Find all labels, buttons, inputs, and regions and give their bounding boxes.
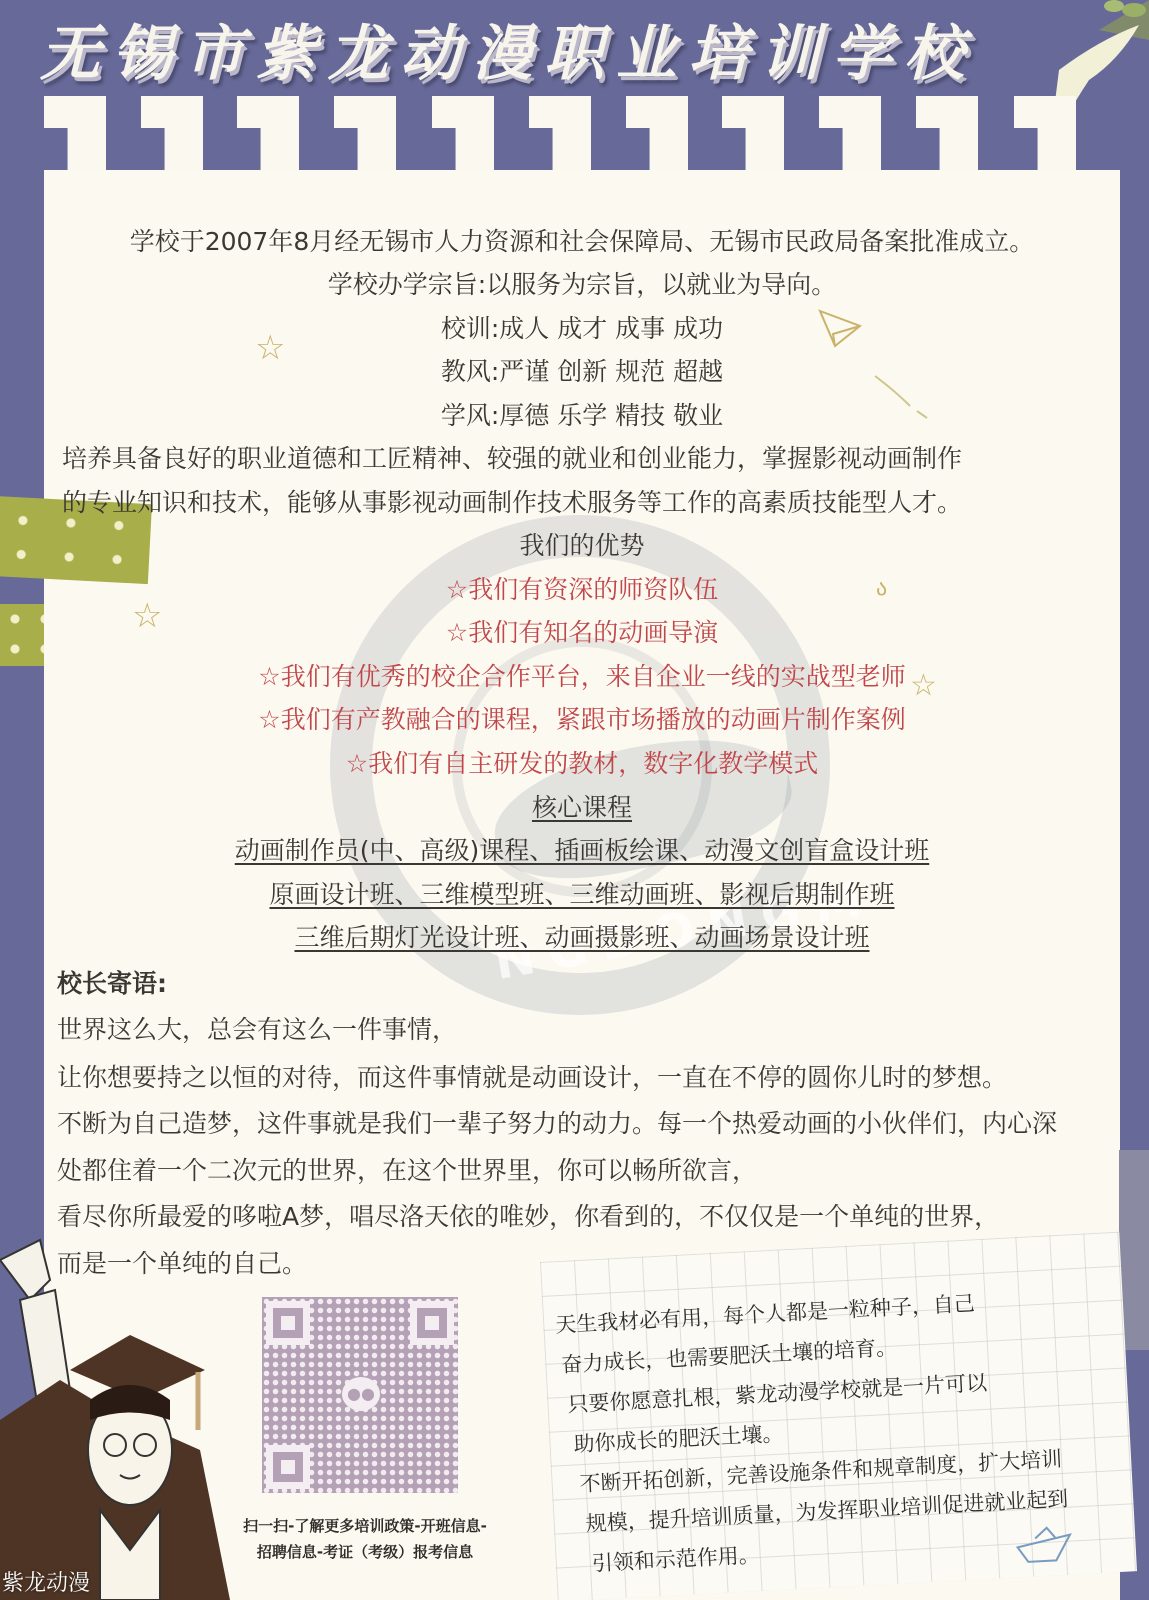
paper-tab [141,96,203,176]
paper-tabs [44,96,1120,176]
note-line: 助你成长的肥沃土壤。 [573,1420,784,1459]
advantage-item: ☆我们有知名的动画导演 [44,617,1120,649]
principal-line: 处都住着一个二次元的世界，在这个世界里，你可以畅所欲言， [57,1155,757,1187]
principal-line: 不断为自己造梦，这件事就是我们一辈子努力的动力。每一个热爱动画的小伙伴们，内心深 [57,1108,1057,1140]
grid-note-card: 天生我材必有用，每个人都是一粒种子，自己 奋力成长，也需要肥沃土壤的培育。 只要… [540,1232,1137,1600]
course-line: 动画制作员(中、高级)课程、插画板绘课、动漫文创盲盒设计班 [44,835,1120,867]
paper-tab [916,96,978,176]
note-line: 引领和示范作用。 [591,1541,760,1578]
intro-motto: 校训:成人 成才 成事 成功 [44,313,1120,345]
school-title: 无锡市紫龙动漫职业培训学校 [40,6,1040,86]
intro-teaching-style: 教风:严谨 创新 规范 超越 [44,356,1120,388]
course-line: 三维后期灯光设计班、动画摄影班、动画场景设计班 [44,922,1120,954]
qr-finder-pattern [266,1301,310,1345]
advantages-heading: 我们的优势 [44,530,1120,562]
wechat-icon: ●● [342,1377,380,1411]
goal-line: 培养具备良好的职业道德和工匠精神、较强的就业和创业能力，掌握影视动画制作 [62,443,962,475]
brand-watermark-label: 紫龙动漫 [2,1566,90,1597]
advantage-item: ☆我们有资深的师资队伍 [44,574,1120,606]
intro-purpose: 学校办学宗旨:以服务为宗旨，以就业为导向。 [44,269,1120,301]
principal-line: 让你想要持之以恒的对待，而这件事情就是动画设计，一直在不停的圆你儿时的梦想。 [57,1062,1007,1094]
note-line: 奋力成长，也需要肥沃土壤的培育。 [561,1333,898,1379]
paper-tab [432,96,494,176]
paper-boat-icon [1015,1524,1077,1567]
paper-tab [1014,96,1076,176]
qr-finder-pattern [266,1445,310,1489]
wechat-qr-code[interactable]: ●● [262,1297,458,1493]
advantage-item: ☆我们有优秀的校企合作平台，来自企业一线的实战型老师 [44,661,1120,693]
principal-line: 世界这么大，总会有这么一件事情， [57,1014,457,1046]
paper-tab [626,96,688,176]
paper-tab [334,96,396,176]
principal-heading: 校长寄语: [57,968,167,1000]
courses-heading: 核心课程 [44,792,1120,824]
paper-tab [44,96,106,176]
paper-tab [529,96,591,176]
note-line: 天生我材必有用，每个人都是一粒种子，自己 [555,1289,976,1339]
advantage-item: ☆我们有产教融合的课程，紧跟市场播放的动画片制作案例 [44,704,1120,736]
qr-finder-pattern [410,1301,454,1345]
graduate-illustration [0,1220,260,1600]
advantage-item: ☆我们有自主研发的教材，数字化教学模式 [44,748,1120,780]
intro-founding: 学校于2007年8月经无锡市人力资源和社会保障局、无锡市民政局备案批准成立。 [44,226,1120,258]
green-tape-decoration [0,604,44,666]
paper-tab [722,96,784,176]
note-line: 只要你愿意扎根，紫龙动漫学校就是一片可以 [567,1369,988,1419]
paper-tab [819,96,881,176]
paper-tab [237,96,299,176]
course-line: 原画设计班、三维模型班、三维动画班、影视后期制作班 [44,879,1120,911]
goal-line: 的专业知识和技术，能够从事影视动画制作技术服务等工作的高素质技能型人才。 [62,487,962,519]
intro-study-style: 学风:厚德 乐学 精技 敬业 [44,400,1120,432]
